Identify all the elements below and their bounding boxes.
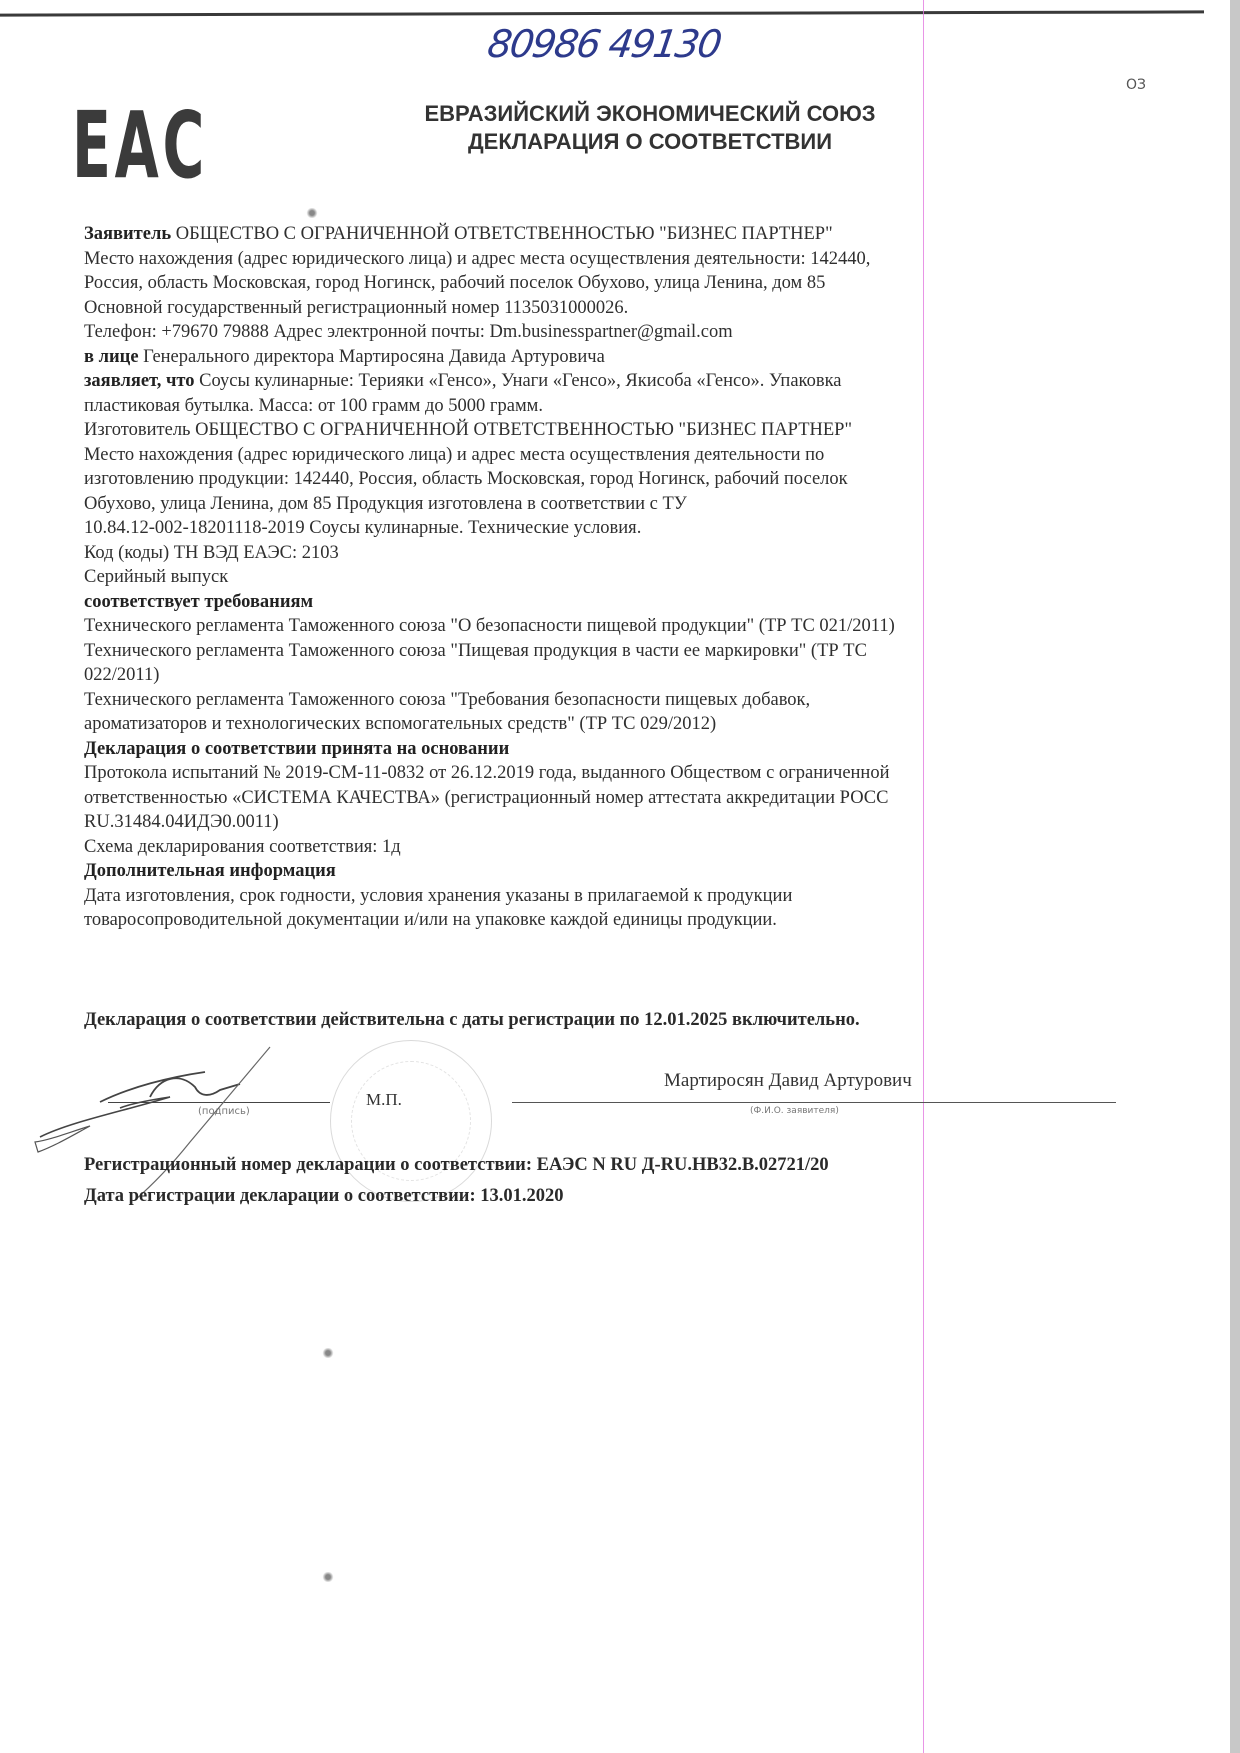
handwritten-signature-icon [30, 1042, 330, 1202]
additional-info-label: Дополнительная информация [84, 859, 1094, 884]
applicant-label: Заявитель [84, 224, 171, 244]
declaration-scheme: Схема декларирования соответствия: 1д [84, 835, 1094, 860]
requirement-line: Технического регламента Таможенного союз… [84, 614, 1094, 639]
represented-label: в лице [84, 347, 139, 367]
basis-line: Протокола испытаний № 2019-СМ-11-0832 от… [84, 761, 1094, 786]
represented-line: в лице Генерального директора Мартиросян… [84, 345, 1094, 370]
manufacturer-spec: 10.84.12-002-18201118-2019 Соусы кулинар… [84, 516, 1094, 541]
tn-ved-code: Код (коды) ТН ВЭД ЕАЭС: 2103 [84, 541, 1094, 566]
document-title: ДЕКЛАРАЦИЯ О СООТВЕТСТВИИ [380, 128, 920, 156]
requirement-line: Технического регламента Таможенного союз… [84, 688, 1094, 713]
applicant-address-1: Место нахождения (адрес юридического лиц… [84, 247, 1094, 272]
requirement-line: Технического регламента Таможенного союз… [84, 639, 1094, 664]
manufacturer-address-2: изготовлению продукции: 142440, Россия, … [84, 467, 1094, 492]
handwritten-note: 80986 49130 [485, 22, 723, 66]
signer-name-line [512, 1102, 1116, 1103]
applicant-address-2: Россия, область Московская, город Ногинс… [84, 271, 1094, 296]
top-border-line [0, 10, 1204, 16]
seal-stamp [330, 1040, 492, 1202]
product-line-1: Соусы кулинарные: Терияки «Генсо», Унаги… [199, 371, 841, 391]
registration-number: Регистрационный номер декларации о соотв… [84, 1155, 829, 1176]
document-header: ЕВРАЗИЙСКИЙ ЭКОНОМИЧЕСКИЙ СОЮЗ ДЕКЛАРАЦИ… [380, 100, 920, 156]
registration-date: Дата регистрации декларации о соответств… [84, 1186, 564, 1207]
additional-info-line: товаросопроводительной документации и/ил… [84, 908, 1094, 933]
represented-by: Генерального директора Мартиросяна Давид… [143, 347, 605, 367]
basis-line: ответственностью «СИСТЕМА КАЧЕСТВА» (рег… [84, 786, 1094, 811]
requirement-line: 022/2011) [84, 663, 1094, 688]
validity-statement: Декларация о соответствии действительна … [84, 1010, 860, 1031]
applicant-name: ОБЩЕСТВО С ОГРАНИЧЕННОЙ ОТВЕТСТВЕННОСТЬЮ… [176, 224, 833, 244]
scan-speck [306, 208, 318, 218]
manufacturer-address-3: Обухово, улица Ленина, дом 85 Продукция … [84, 492, 1094, 517]
applicant-line: Заявитель ОБЩЕСТВО С ОГРАНИЧЕННОЙ ОТВЕТС… [84, 222, 1094, 247]
eac-logo: ЕАС [72, 100, 208, 192]
basis-label: Декларация о соответствии принята на осн… [84, 737, 1094, 762]
applicant-ogrn: Основной государственный регистрационный… [84, 296, 1094, 321]
manufacturer-label: Изготовитель [84, 420, 191, 440]
signer-name: Мартиросян Давид Артурович [664, 1070, 912, 1092]
declaration-body: Заявитель ОБЩЕСТВО С ОГРАНИЧЕННОЙ ОТВЕТС… [84, 222, 1094, 933]
manufacturer-address-1: Место нахождения (адрес юридического лиц… [84, 443, 1094, 468]
requirements-label: соответствует требованиям [84, 590, 1094, 615]
declares-line: заявляет, что Соусы кулинарные: Терияки … [84, 369, 1094, 394]
stamp-place-label: М.П. [366, 1090, 402, 1110]
basis-line: RU.31484.04ИДЭ0.0011) [84, 810, 1094, 835]
signer-name-caption: (Ф.И.О. заявителя) [750, 1106, 839, 1116]
applicant-contacts: Телефон: +79670 79888 Адрес электронной … [84, 320, 1094, 345]
corner-mark: ОЗ [1126, 77, 1146, 93]
production-type: Серийный выпуск [84, 565, 1094, 590]
manufacturer-line: Изготовитель ОБЩЕСТВО С ОГРАНИЧЕННОЙ ОТВ… [84, 418, 1094, 443]
product-line-2: пластиковая бутылка. Масса: от 100 грамм… [84, 394, 1094, 419]
manufacturer-name: ОБЩЕСТВО С ОГРАНИЧЕННОЙ ОТВЕТСТВЕННОСТЬЮ… [195, 420, 852, 440]
requirement-line: ароматизаторов и технологических вспомог… [84, 712, 1094, 737]
scan-speck [322, 1348, 334, 1358]
union-name: ЕВРАЗИЙСКИЙ ЭКОНОМИЧЕСКИЙ СОЮЗ [380, 100, 920, 128]
additional-info-line: Дата изготовления, срок годности, услови… [84, 884, 1094, 909]
scan-edge [1230, 0, 1240, 1753]
scan-speck [322, 1572, 334, 1582]
declares-label: заявляет, что [84, 371, 195, 391]
